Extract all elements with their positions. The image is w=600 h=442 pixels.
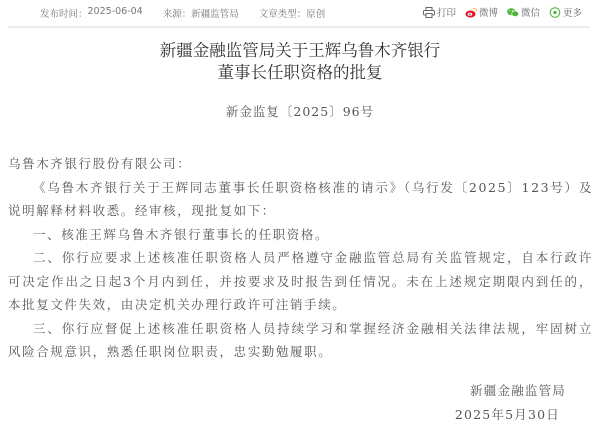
paragraph-item-3: 三、你行应督促上述核准任职资格人员持续学习和掌握经济金融相关法律法规，牢固树立风… — [8, 317, 593, 364]
source-label: 来源： — [163, 6, 192, 20]
document-number: 新金监复〔2025〕96号 — [0, 102, 600, 120]
paragraph-item-1: 一、核准王辉乌鲁木齐银行董事长的任职资格。 — [8, 223, 593, 247]
paragraph-item-2: 二、你行应要求上述核准任职资格人员严格遵守金融监管总局有关监管规定，自本行政许可… — [8, 246, 593, 317]
more-label: 更多 — [563, 5, 582, 19]
title-line-2: 董事长任职资格的批复 — [0, 62, 600, 84]
weibo-icon — [465, 7, 477, 18]
share-toolbar: 打印 微博 微信 更多 — [423, 5, 582, 19]
header-divider — [8, 26, 590, 28]
article-meta: 发布时间： 2025-06-04 来源： 新疆监管局 文章类型： 原创 — [40, 6, 325, 20]
more-share-button[interactable]: 更多 — [549, 5, 582, 19]
wechat-icon — [507, 7, 519, 18]
weibo-share-button[interactable]: 微博 — [465, 5, 498, 19]
article-source: 来源： 新疆监管局 — [163, 6, 239, 20]
wechat-label: 微信 — [521, 5, 540, 19]
printer-icon — [423, 7, 435, 18]
publish-time-label: 发布时间： — [40, 6, 88, 20]
article-meta-bar: 发布时间： 2025-06-04 来源： 新疆监管局 文章类型： 原创 打印 — [0, 0, 600, 26]
type-value: 原创 — [306, 6, 325, 20]
plus-circle-icon — [549, 7, 561, 18]
article-type: 文章类型： 原创 — [259, 6, 326, 20]
paragraph-request: 《乌鲁木齐银行关于王辉同志董事长任职资格核准的请示》（乌行发〔2025〕123号… — [8, 176, 593, 223]
print-label: 打印 — [437, 5, 456, 19]
title-line-1: 新疆金融监管局关于王辉乌鲁木齐银行 — [0, 40, 600, 62]
type-label: 文章类型： — [259, 6, 307, 20]
source-value: 新疆监管局 — [191, 6, 239, 20]
signature-issuer: 新疆金融监管局 — [0, 381, 566, 399]
document-title: 新疆金融监管局关于王辉乌鲁木齐银行 董事长任职资格的批复 — [0, 40, 600, 84]
signature-date: 2025年5月30日 — [0, 405, 560, 423]
document-body: 乌鲁木齐银行股份有限公司： 《乌鲁木齐银行关于王辉同志董事长任职资格核准的请示》… — [8, 152, 593, 364]
publish-time: 发布时间： 2025-06-04 — [40, 6, 143, 20]
print-button[interactable]: 打印 — [423, 5, 456, 19]
wechat-share-button[interactable]: 微信 — [507, 5, 540, 19]
publish-time-value: 2025-06-04 — [88, 6, 143, 20]
weibo-label: 微博 — [479, 5, 498, 19]
addressee: 乌鲁木齐银行股份有限公司： — [8, 152, 593, 176]
